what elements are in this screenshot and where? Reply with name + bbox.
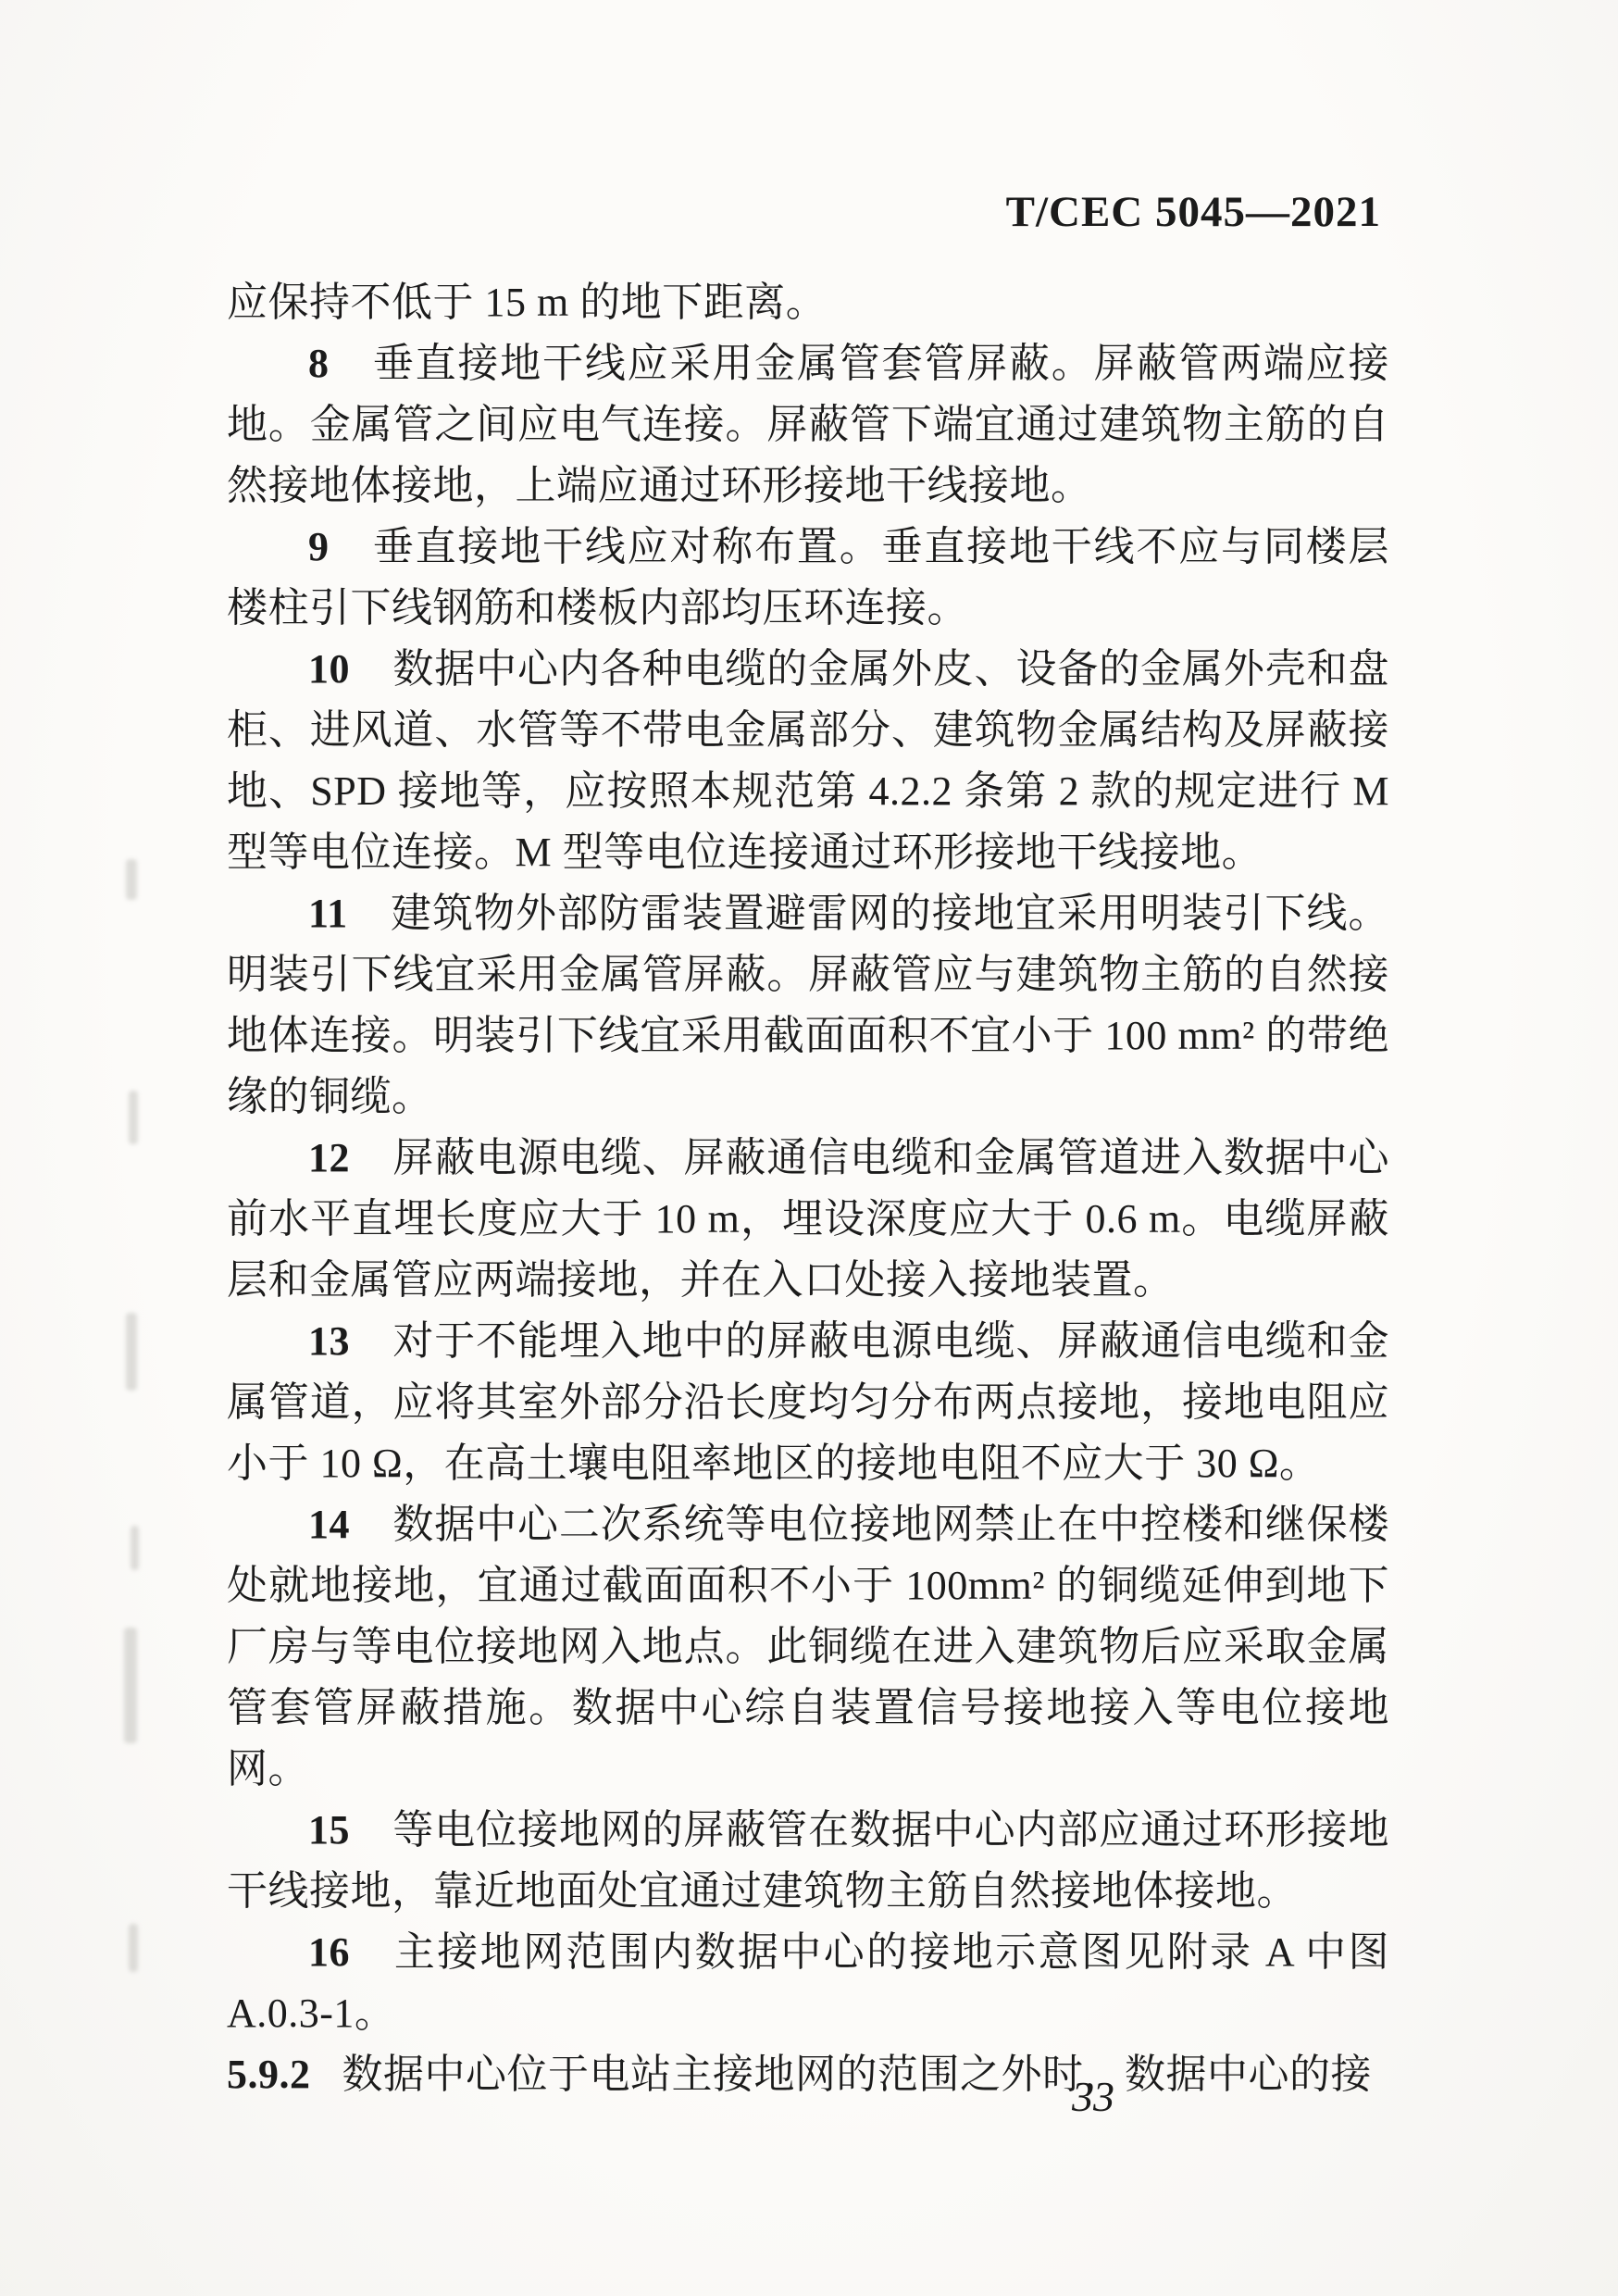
clause-number: 13 [308, 1318, 350, 1364]
paragraph-text: 屏蔽电源电缆、屏蔽通信电缆和金属管道进入数据中心前水平直埋长度应大于 10 m，… [227, 1135, 1389, 1303]
paragraph-text: 应保持不低于 15 m 的地下距离。 [227, 280, 827, 325]
scan-artifact [126, 859, 137, 900]
paragraph-item-11: 11建筑物外部防雷装置避雷网的接地宜采用明装引下线。明装引下线宜采用金属管屏蔽。… [227, 883, 1389, 1128]
clause-number: 5.9.2 [227, 2052, 311, 2097]
paragraph-item-12: 12屏蔽电源电缆、屏蔽通信电缆和金属管道进入数据中心前水平直埋长度应大于 10 … [227, 1128, 1389, 1311]
clause-number: 15 [308, 1807, 350, 1853]
standard-code: T/CEC 5045—2021 [1006, 188, 1381, 236]
paragraph-text: 对于不能埋入地中的屏蔽电源电缆、屏蔽通信电缆和金属管道，应将其室外部分沿长度均匀… [227, 1318, 1389, 1486]
paragraph-text: 建筑物外部防雷装置避雷网的接地宜采用明装引下线。明装引下线宜采用金属管屏蔽。屏蔽… [227, 891, 1389, 1119]
scan-artifact [126, 1313, 137, 1391]
paragraph-clause-5-9-2: 5.9.2数据中心位于电站主接地网的范围之外时，数据中心的接 [227, 2044, 1389, 2105]
paragraph-item-13: 13对于不能埋入地中的屏蔽电源电缆、屏蔽通信电缆和金属管道，应将其室外部分沿长度… [227, 1311, 1389, 1494]
paragraph-continuation: 应保持不低于 15 m 的地下距离。 [227, 272, 1389, 333]
paragraph-text: 等电位接地网的屏蔽管在数据中心内部应通过环形接地干线接地，靠近地面处宜通过建筑物… [227, 1807, 1389, 1914]
paragraph-text: 数据中心二次系统等电位接地网禁止在中控楼和继保楼处就地接地，宜通过截面面积不小于… [227, 1502, 1389, 1791]
paragraph-text: 主接地网范围内数据中心的接地示意图见附录 A 中图 A.0.3-1。 [227, 1929, 1389, 2036]
clause-number: 8 [308, 341, 330, 386]
scan-artifact [129, 1924, 138, 1972]
paragraph-item-10: 10数据中心内各种电缆的金属外皮、设备的金属外壳和盘柜、进风道、水管等不带电金属… [227, 639, 1389, 883]
paragraph-item-9: 9垂直接地干线应对称布置。垂直接地干线不应与同楼层楼柱引下线钢筋和楼板内部均压环… [227, 517, 1389, 639]
document-page: T/CEC 5045—2021 应保持不低于 15 m 的地下距离。 8垂直接地… [0, 0, 1618, 2296]
page-number: 33 [1072, 2072, 1114, 2121]
paragraph-text: 垂直接地干线应采用金属管套管屏蔽。屏蔽管两端应接地。金属管之间应电气连接。屏蔽管… [227, 341, 1389, 508]
paragraph-text: 数据中心内各种电缆的金属外皮、设备的金属外壳和盘柜、进风道、水管等不带电金属部分… [227, 646, 1389, 875]
paragraph-item-8: 8垂直接地干线应采用金属管套管屏蔽。屏蔽管两端应接地。金属管之间应电气连接。屏蔽… [227, 333, 1389, 517]
paragraph-item-15: 15等电位接地网的屏蔽管在数据中心内部应通过环形接地干线接地，靠近地面处宜通过建… [227, 1800, 1389, 1922]
scan-artifact [124, 1628, 137, 1743]
scan-artifact [131, 1526, 139, 1570]
paragraph-text: 垂直接地干线应对称布置。垂直接地干线不应与同楼层楼柱引下线钢筋和楼板内部均压环连… [227, 524, 1389, 630]
clause-number: 11 [308, 891, 348, 936]
clause-number: 14 [308, 1502, 350, 1547]
paragraph-item-16: 16主接地网范围内数据中心的接地示意图见附录 A 中图 A.0.3-1。 [227, 1922, 1389, 2044]
paragraph-text: 数据中心位于电站主接地网的范围之外时，数据中心的接 [342, 2052, 1373, 2097]
clause-number: 9 [308, 524, 330, 569]
document-body: 应保持不低于 15 m 的地下距离。 8垂直接地干线应采用金属管套管屏蔽。屏蔽管… [227, 272, 1389, 2105]
paragraph-item-14: 14数据中心二次系统等电位接地网禁止在中控楼和继保楼处就地接地，宜通过截面面积不… [227, 1494, 1389, 1800]
document-header: T/CEC 5045—2021 [1006, 187, 1381, 237]
clause-number: 12 [308, 1135, 350, 1180]
clause-number: 16 [308, 1929, 350, 1975]
clause-number: 10 [308, 646, 350, 692]
scan-artifact [129, 1091, 138, 1144]
